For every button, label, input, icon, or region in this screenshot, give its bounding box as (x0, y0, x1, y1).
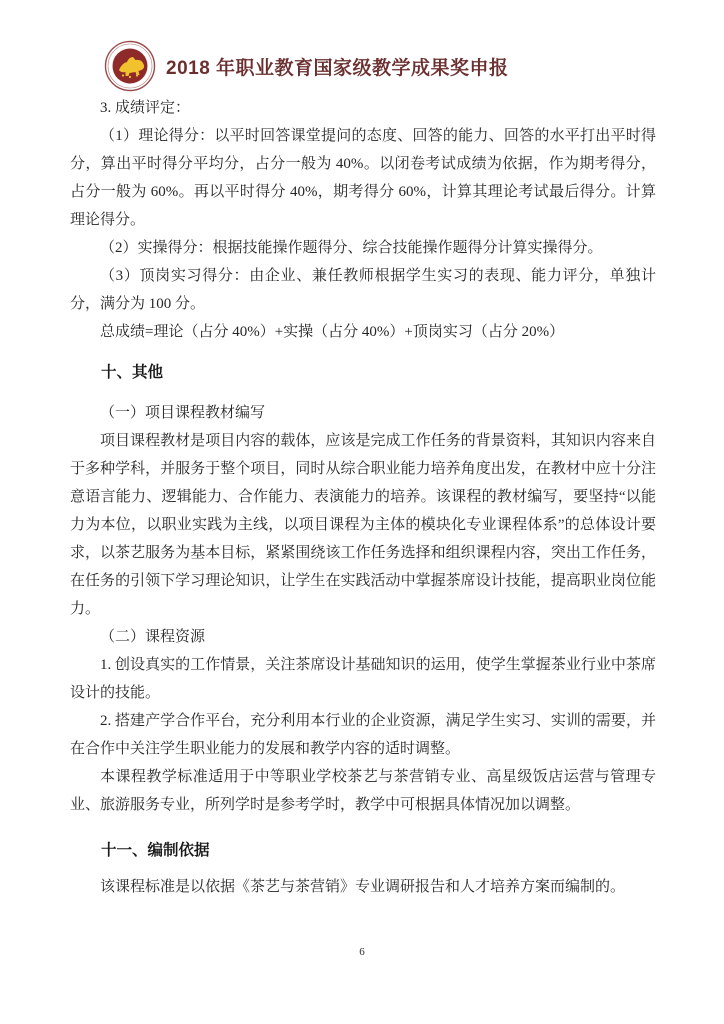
paragraph-grading-intro: 3. 成绩评定： (70, 94, 656, 122)
document-title: 2018 年职业教育国家级教学成果奖申报 (166, 53, 509, 80)
page-number: 6 (359, 946, 365, 958)
paragraph-resources-2: 2. 搭建产学合作平台，充分利用本行业的企业资源，满足学生实习、实训的需要，并在… (70, 707, 656, 763)
heading-section-ten: 十、其他 (70, 359, 656, 387)
document-body: 3. 成绩评定： （1）理论得分：以平时回答课堂提问的态度、回答的能力、回答的水… (70, 94, 656, 901)
subheading-resources: （二）课程资源 (70, 623, 656, 651)
document-page: 2018 年职业教育国家级教学成果奖申报 3. 成绩评定： （1）理论得分：以平… (0, 0, 724, 1024)
paragraph-applicability: 本课程教学标准适用于中等职业学校茶艺与茶营销专业、高星级饭店运营与管理专业、旅游… (70, 763, 656, 819)
page-header: 2018 年职业教育国家级教学成果奖申报 (104, 40, 654, 92)
subheading-textbook: （一）项目课程教材编写 (70, 399, 656, 427)
paragraph-grading-total: 总成绩=理论（占分 40%）+实操（占分 40%）+顶岗实习（占分 20%） (70, 318, 656, 346)
paragraph-basis: 该课程标准是以依据《茶艺与茶营销》专业调研报告和人才培养方案而编制的。 (70, 873, 656, 901)
heading-section-eleven: 十一、编制依据 (70, 837, 656, 865)
paragraph-grading-practice: （2）实操得分：根据技能操作题得分、综合技能操作题得分计算实操得分。 (70, 234, 656, 262)
page-footer: 6 (0, 946, 724, 958)
paragraph-resources-1: 1. 创设真实的工作情景，关注茶席设计基础知识的运用，使学生掌握茶业行业中茶席设… (70, 651, 656, 707)
paragraph-grading-internship: （3）顶岗实习得分：由企业、兼任教师根据学生实习的表现、能力评分，单独计分，满分… (70, 262, 656, 318)
paragraph-grading-theory: （1）理论得分：以平时回答课堂提问的态度、回答的能力、回答的水平打出平时得分，算… (70, 122, 656, 234)
school-seal-icon (104, 40, 156, 92)
paragraph-textbook: 项目课程教材是项目内容的载体，应该是完成工作任务的背景资料，其知识内容来自于多种… (70, 427, 656, 623)
